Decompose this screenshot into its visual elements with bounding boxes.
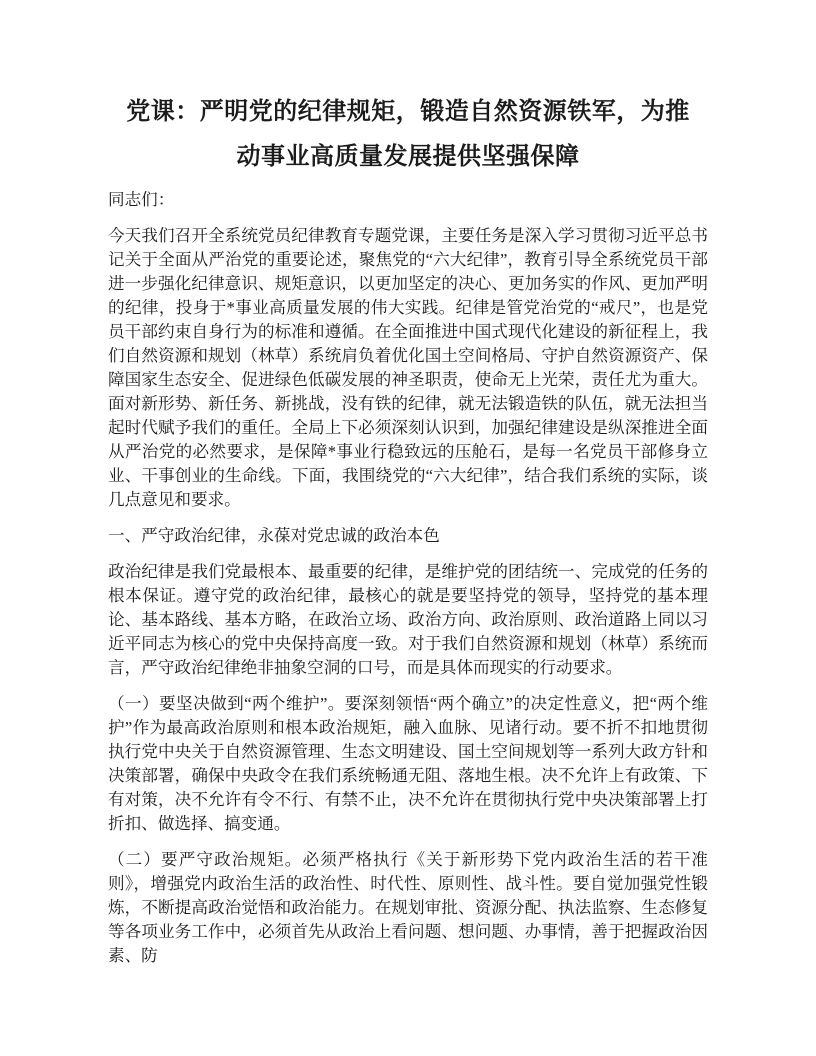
paragraph-point-1-two-upholds: （一）要坚决做到“两个维护”。要深刻领悟“两个确立”的决定性意义，把“两个维护”… xyxy=(108,692,708,836)
document-title: 党课：严明党的纪律规矩，锻造自然资源铁军，为推 动事业高质量发展提供坚强保障 xyxy=(108,90,708,180)
paragraph-point-2-political-rules: （二）要严守政治规矩。必须严格执行《关于新形势下党内政治生活的若干准则》，增强党… xyxy=(108,848,708,968)
paragraph-intro: 今天我们召开全系统党员纪律教育专题党课，主要任务是深入学习贯彻习近平总书记关于全… xyxy=(108,224,708,512)
section-heading-1: 一、严守政治纪律，永葆对党忠诚的政治本色 xyxy=(108,524,708,548)
greeting-line: 同志们： xyxy=(108,188,708,212)
document-title-line-1: 党课：严明党的纪律规矩，锻造自然资源铁军，为推 xyxy=(108,90,708,135)
document-title-line-2: 动事业高质量发展提供坚强保障 xyxy=(108,135,708,180)
document-page: 党课：严明党的纪律规矩，锻造自然资源铁军，为推 动事业高质量发展提供坚强保障 同… xyxy=(0,0,816,1056)
paragraph-political-discipline: 政治纪律是我们党最根本、最重要的纪律，是维护党的团结统一、完成党的任务的根本保证… xyxy=(108,560,708,680)
